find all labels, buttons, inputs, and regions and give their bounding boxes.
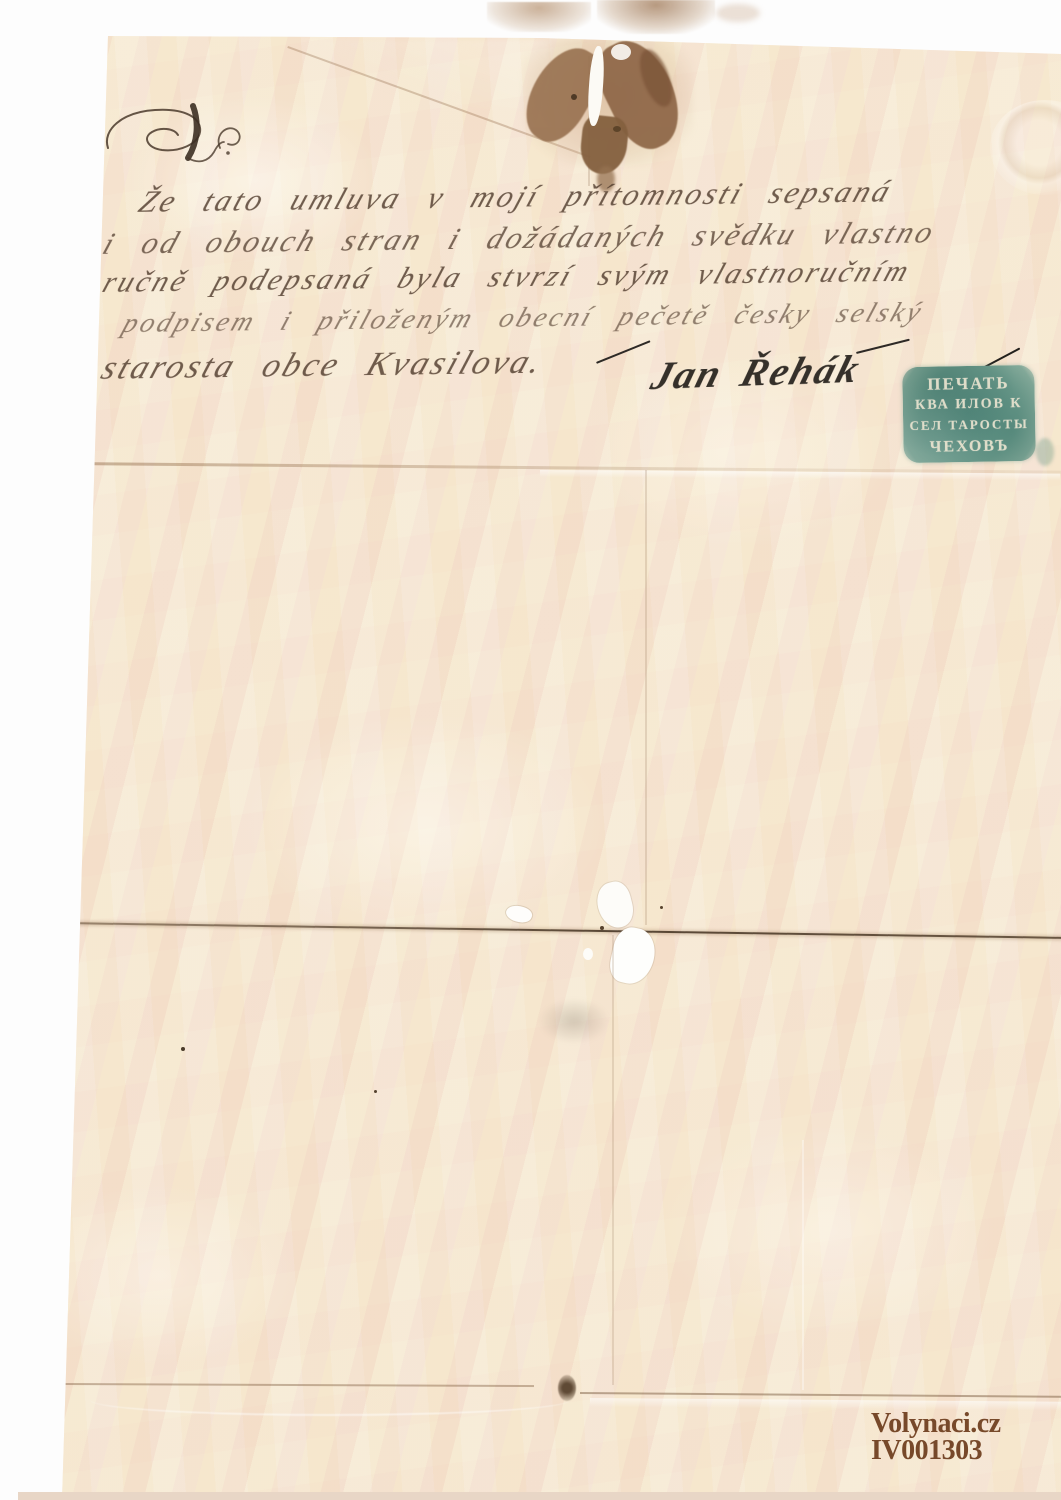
tear-hole: [583, 948, 593, 960]
handwriting-line-1: Že tato umluva v mojí přítomnosti sepsan…: [134, 174, 898, 220]
watermark: Volynaci.cz IV001303: [871, 1410, 1001, 1464]
wax-seal-stain: [515, 38, 705, 198]
signature-jan-rehak: Jan Řehák: [646, 345, 867, 399]
tear-speck: [600, 926, 604, 930]
seal-residue-smudge-left: [487, 2, 591, 32]
ink-speck: [374, 1090, 377, 1093]
stain-speck: [571, 94, 577, 100]
seal-residue-smudge-far: [716, 4, 760, 22]
embossed-seal-mark: [990, 100, 1061, 195]
white-crease-arc: [90, 1384, 570, 1416]
top-corner-sheen: [300, 40, 550, 110]
flourish-spiral-path: [107, 110, 200, 151]
handwriting-line-2: i od obouch stran i dožádaných svědku vl…: [98, 214, 941, 262]
tear-hole: [607, 924, 660, 988]
watermark-id: IV001303: [871, 1437, 1001, 1464]
stamp-line-4: ЧЕХОВЪ: [903, 434, 1035, 460]
flourish-curl: [219, 128, 240, 148]
stamp-line-2: КВА ИЛОВ К: [903, 393, 1035, 416]
document-scan: Že tato umluva v mojí přítomnosti sepsan…: [0, 0, 1061, 1500]
vertical-crease-right: [802, 1140, 804, 1390]
paper-slit-2: [611, 44, 631, 60]
scanner-edge-strip: [18, 1492, 1061, 1500]
seal-residue-smudge-right: [597, 0, 715, 34]
stain-speck: [613, 126, 621, 132]
stamp-line-1: ПЕЧАТЬ: [902, 372, 1034, 395]
stamp-ink-ghost: [1036, 438, 1054, 466]
vertical-crease-middle: [645, 470, 647, 925]
vertical-crease-lower: [612, 935, 614, 1385]
handwriting-line-4: podpisem i přiloženým obecní pečetě česk…: [118, 297, 928, 340]
fold-line-middle: [62, 922, 1061, 939]
tear-hole: [504, 902, 534, 925]
signature-flourish-left: [596, 340, 651, 364]
village-stamp: ПЕЧАТЬ КВА ИЛОВ К СЕЛ ТАРОСТЫ ЧЕХОВЪ: [902, 365, 1036, 463]
gray-smudge: [538, 998, 610, 1044]
flourish-dot: [226, 151, 230, 155]
handwriting-line-3: ručně podepsaná byla stvrzí svým vlastno…: [98, 255, 916, 300]
stamp-line-3: СЕЛ ТАРОСТЫ: [903, 414, 1035, 436]
ink-speck: [181, 1047, 185, 1051]
paper-sheet: Že tato umluva v mojí přítomnosti sepsan…: [0, 0, 1061, 1500]
tear-speck: [660, 906, 663, 909]
tear-hole: [593, 879, 637, 932]
watermark-site: Volynaci.cz: [871, 1410, 1001, 1437]
ink-flourish-initial: [100, 100, 270, 175]
fold-crease-bottom-right: [580, 1392, 1061, 1398]
handwriting-line-5: starosta obce Kvasilova.: [96, 344, 549, 388]
